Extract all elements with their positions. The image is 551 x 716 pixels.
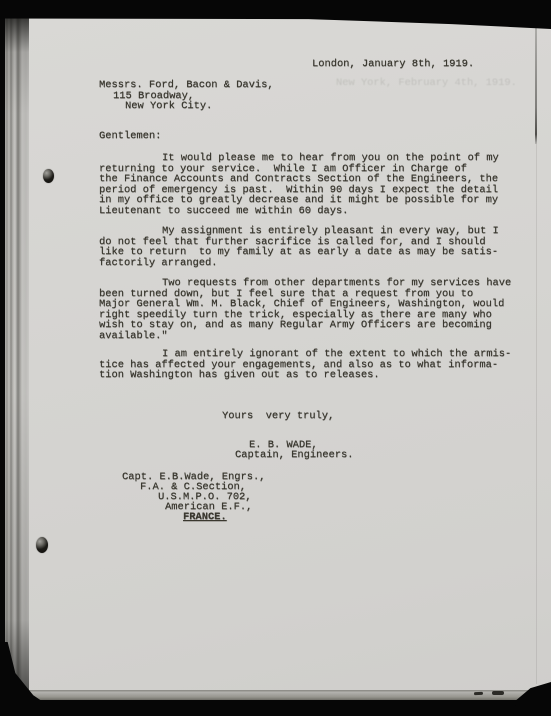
sender-line-country: FRANCE.: [183, 512, 227, 523]
dateline: London, January 8th, 1919.: [312, 59, 474, 70]
signature-title: Captain, Engineers.: [235, 450, 353, 461]
ink-blot-bottom: [36, 537, 48, 553]
page-edge-right-line-faint: [536, 144, 537, 684]
closing: Yours very truly,: [222, 411, 334, 422]
bleed-through-text: New York, February 4th, 1919.: [336, 78, 517, 89]
body-line: My assignment is entirely pleasant in ev…: [99, 226, 499, 237]
salutation: Gentlemen:: [99, 131, 161, 142]
scan-border-bottom: [0, 700, 551, 716]
body-line: Two requests from other departments for …: [99, 278, 511, 289]
body-line: factorily arranged.: [99, 258, 499, 269]
body-line: I am entirely ignorant of the extent to …: [99, 349, 511, 360]
page-edge-right-line: [535, 22, 537, 144]
body-line: Lieutenant to succeed me within 60 days.: [99, 206, 499, 217]
paragraph-4: I am entirely ignorant of the extent to …: [99, 349, 511, 381]
scanned-letter-frame: New York, February 4th, 1919. London, Ja…: [0, 0, 551, 716]
body-line: tion Washington has given out as to rele…: [99, 370, 511, 381]
recipient-line: New York City.: [125, 101, 212, 112]
paragraph-3: Two requests from other departments for …: [99, 278, 511, 342]
paragraph-2: My assignment is entirely pleasant in ev…: [99, 226, 499, 268]
page-stack-edge-left: [5, 18, 29, 702]
paragraph-1: It would please me to hear from you on t…: [99, 153, 499, 217]
ink-blot-top: [43, 169, 54, 183]
recipient-line: Messrs. Ford, Bacon & Davis,: [99, 80, 274, 91]
edge-mark: [492, 691, 504, 695]
body-line: available.": [99, 331, 511, 342]
edge-mark: [474, 692, 483, 695]
body-line: It would please me to hear from you on t…: [99, 153, 499, 164]
